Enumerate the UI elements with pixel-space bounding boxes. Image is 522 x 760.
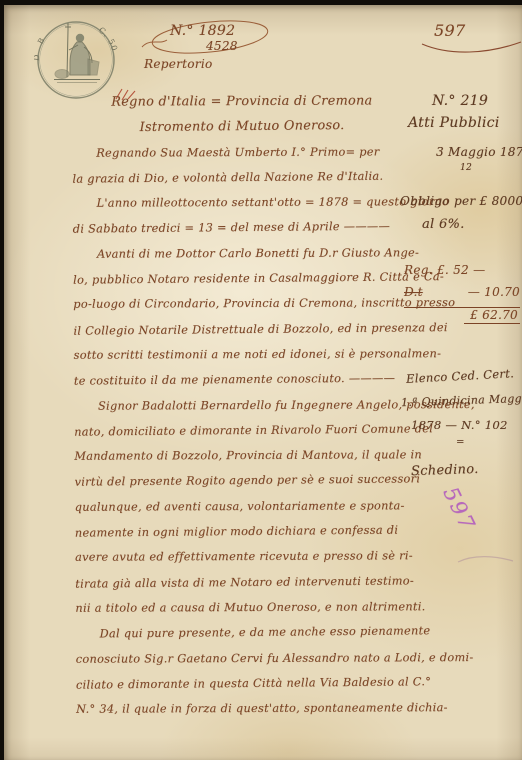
manuscript-line: nato, domiciliato e dimorante in Rivarol… <box>74 416 414 445</box>
margin-schedino-note: Schedino. <box>411 462 479 479</box>
margin-date: 3 Maggio 1878 <box>436 145 522 159</box>
manuscript-line: il Collegio Notarile Distrettuale di Boz… <box>73 315 413 344</box>
manuscript-line: Avanti di me Dottor Carlo Bonetti fu D.r… <box>73 240 413 267</box>
purple-pencil-number: 597 <box>438 483 480 535</box>
manuscript-line: Signor Badalotti Bernardello fu Ingegner… <box>74 392 414 419</box>
manuscript-line: neamente in ogni miglior modo dichiara e… <box>75 517 415 546</box>
manuscript-line: nii a titolo ed a causa di Mutuo Oneroso… <box>75 594 415 621</box>
pencil-stroke-icon <box>456 551 516 570</box>
manuscript-line: N.° 34, il quale in forza di quest'atto,… <box>76 695 416 722</box>
svg-text:D B: D B <box>34 33 48 61</box>
manuscript-line: avere avuta ed effettivamente ricevuta e… <box>75 544 415 571</box>
manuscript-line: sotto scritti testimonii a me noti ed id… <box>74 341 414 368</box>
manuscript-line: qualunque, ed aventi causa, volontariame… <box>75 493 415 520</box>
manuscript-line: la grazia di Dio, e volontà della Nazion… <box>72 163 412 192</box>
manuscript-line: Regnando Sua Maestà Umberto I.° Primo= p… <box>72 139 412 166</box>
fee-row-total: £ 62.70 <box>404 308 520 330</box>
margin-quindicina-line2: 1878 — N.° 102 <box>411 418 508 432</box>
fee-row-dt: D.t — 10.70 <box>404 285 520 308</box>
margin-interest-note: al 6%. <box>422 217 465 232</box>
margin-small-mark: = <box>456 437 465 448</box>
svg-text:C. 50: C. 50 <box>97 25 118 52</box>
margin-certificate-note: Elenco Ced. Cert. <box>406 366 515 386</box>
seated-italia-figure-icon <box>54 23 100 83</box>
fee-row-registro: Reg. £. 52 — <box>404 263 520 285</box>
manuscript-body: Regno d'Italia = Provincia di Cremona Is… <box>72 88 416 723</box>
manuscript-line: tirata già alla vista di me Notaro ed in… <box>75 568 415 597</box>
repertorio-number-2: 4528 <box>206 39 238 53</box>
manuscript-line: ciliato e dimorante in questa Città nell… <box>76 669 416 698</box>
stamp-denomination: C. 50 <box>97 25 118 52</box>
margin-fee-calculation: Reg. £. 52 — D.t — 10.70 £ 62.70 <box>404 263 520 330</box>
fee-dt-amount: — 10.70 <box>468 285 520 299</box>
fee-registro: Reg. £. 52 — <box>404 263 485 277</box>
manuscript-line: di Sabbato tredici = 13 = del mese di Ap… <box>73 214 413 243</box>
folio-number: 597 <box>420 21 522 61</box>
underline-flourish-icon <box>420 39 522 57</box>
margin-date-sub: 12 <box>460 163 472 173</box>
folio-number-value: 597 <box>434 21 465 40</box>
margin-obbligo-note: Obbligo per £ 8000 <box>400 194 522 208</box>
fee-dt-label: D.t <box>404 285 423 299</box>
manuscript-line: Dal qui pure presente, e da me anche ess… <box>75 619 415 648</box>
manuscript-line: te costituito il da me pienamente conosc… <box>74 366 414 395</box>
manuscript-line: virtù del presente Rogito agendo per sè … <box>74 467 414 496</box>
manuscript-line: conosciuto Sig.r Gaetano Cervi fu Alessa… <box>76 645 416 672</box>
manuscript-line: Mandamento di Bozzolo, Provincia di Mant… <box>74 442 414 469</box>
manuscript-line: po-luogo di Circondario, Provincia di Cr… <box>73 291 413 318</box>
manuscript-page: C. 50 D B N.° 1892 4528 Repertorio 597 R… <box>4 5 522 760</box>
repertorio-label: Repertorio <box>144 57 213 71</box>
stamp-side-letters: D B <box>34 33 48 61</box>
fee-total-amount: £ 62.70 <box>464 308 520 324</box>
repertorio-number-1: N.° 1892 <box>170 23 235 39</box>
margin-atti-pubblici: Atti Pubblici <box>408 115 500 131</box>
repertorio-annotation: N.° 1892 4528 Repertorio <box>140 17 280 83</box>
manuscript-line: lo, pubblico Notaro residente in Casalma… <box>73 264 413 293</box>
manuscript-line: L'anno milleottocento settant'otto = 187… <box>73 189 413 216</box>
margin-act-number: N.° 219 <box>432 93 488 109</box>
manuscript-line: Regno d'Italia = Provincia di Cremona <box>72 88 412 115</box>
manuscript-line: Istromento di Mutuo Oneroso. <box>72 113 412 142</box>
